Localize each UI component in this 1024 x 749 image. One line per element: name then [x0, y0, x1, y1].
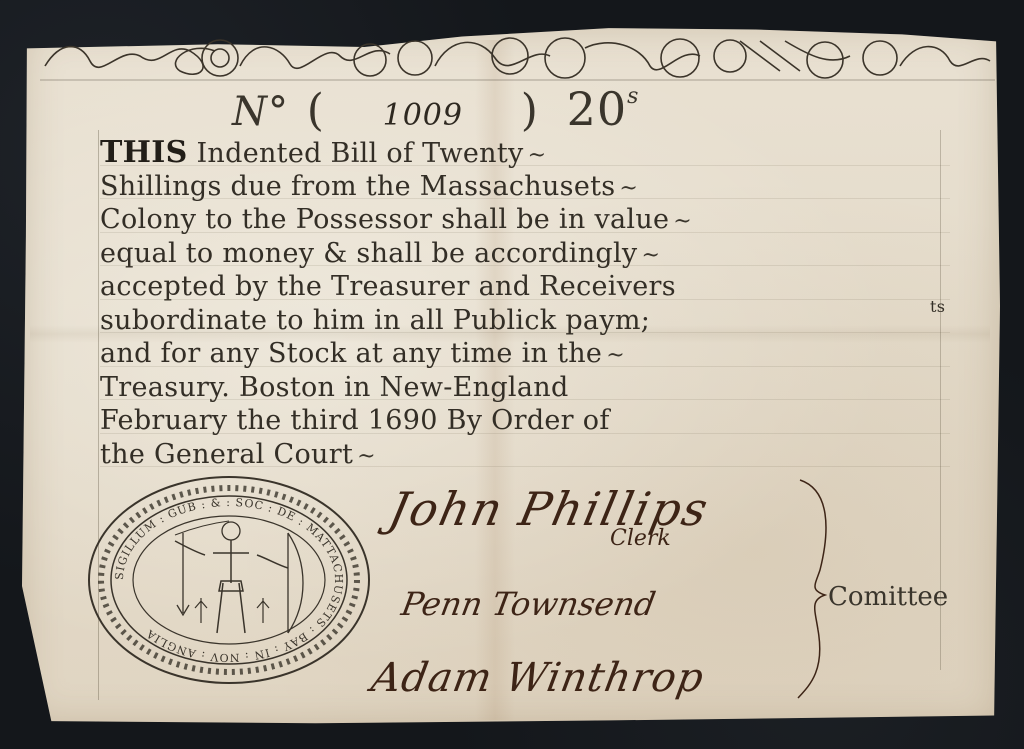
- line-flourish: ~: [357, 440, 376, 474]
- denomination-value: 20: [567, 82, 628, 136]
- line-flourish: ~: [673, 205, 692, 239]
- bill-text: THIS Indented Bill of Twenty~ Shillings …: [100, 136, 960, 471]
- open-paren: (: [307, 85, 325, 136]
- committee-label: Comittee: [828, 582, 948, 612]
- text-content: Treasury. Boston in New-England: [100, 372, 569, 403]
- line-flourish: ~: [606, 339, 625, 373]
- text-content: subordinate to him in all Publick paym;: [100, 305, 650, 336]
- text-content: Indented Bill of Twenty: [188, 138, 524, 169]
- text-content: Shillings due from the Massachusets: [100, 171, 615, 202]
- signature-penn-townsend: Penn Townsend: [399, 585, 659, 623]
- line-flourish: ~: [619, 172, 638, 206]
- decorative-flourish-border: [40, 36, 995, 82]
- text-line: THIS Indented Bill of Twenty~: [100, 136, 960, 170]
- text-content: the General Court: [100, 439, 353, 470]
- text-line: Colony to the Possessor shall be in valu…: [100, 203, 960, 237]
- text-content: equal to money & shall be accordingly: [100, 238, 637, 269]
- colony-seal: SIGILLUM : GUB : & : SOC : DE : MATTACHU…: [83, 473, 375, 687]
- serial-number: 1009: [383, 98, 463, 133]
- text-line: equal to money & shall be accordingly~: [100, 237, 960, 271]
- text-lead: THIS: [100, 135, 188, 170]
- signature-adam-winthrop: Adam Winthrop: [368, 655, 708, 701]
- text-line: subordinate to him in all Publick paym;t…: [100, 304, 960, 338]
- text-line: and for any Stock at any time in the~: [100, 337, 960, 371]
- text-content: accepted by the Treasurer and Receivers: [100, 271, 676, 302]
- close-paren: ): [521, 85, 539, 136]
- text-line: Shillings due from the Massachusets~: [100, 170, 960, 204]
- signature-clerk-note: Clerk: [610, 526, 671, 551]
- text-content: Colony to the Possessor shall be in valu…: [100, 204, 669, 235]
- text-line: February the third 1690 By Order of: [100, 404, 960, 438]
- denomination-suffix: s: [627, 84, 639, 109]
- line-flourish: ~: [528, 139, 547, 173]
- text-content: February the third 1690 By Order of: [100, 405, 610, 436]
- text-line: Treasury. Boston in New-England: [100, 371, 960, 405]
- number-label: N°: [232, 89, 289, 135]
- line-flourish: ~: [641, 239, 660, 273]
- text-content: and for any Stock at any time in the: [100, 338, 602, 369]
- superscript-ts: ts: [930, 290, 945, 324]
- denomination: 20s: [567, 82, 640, 136]
- text-line: accepted by the Treasurer and Receivers: [100, 270, 960, 304]
- text-line: the General Court~: [100, 438, 960, 472]
- serial-number-line: N° ( 1009 ) 20s: [232, 82, 639, 136]
